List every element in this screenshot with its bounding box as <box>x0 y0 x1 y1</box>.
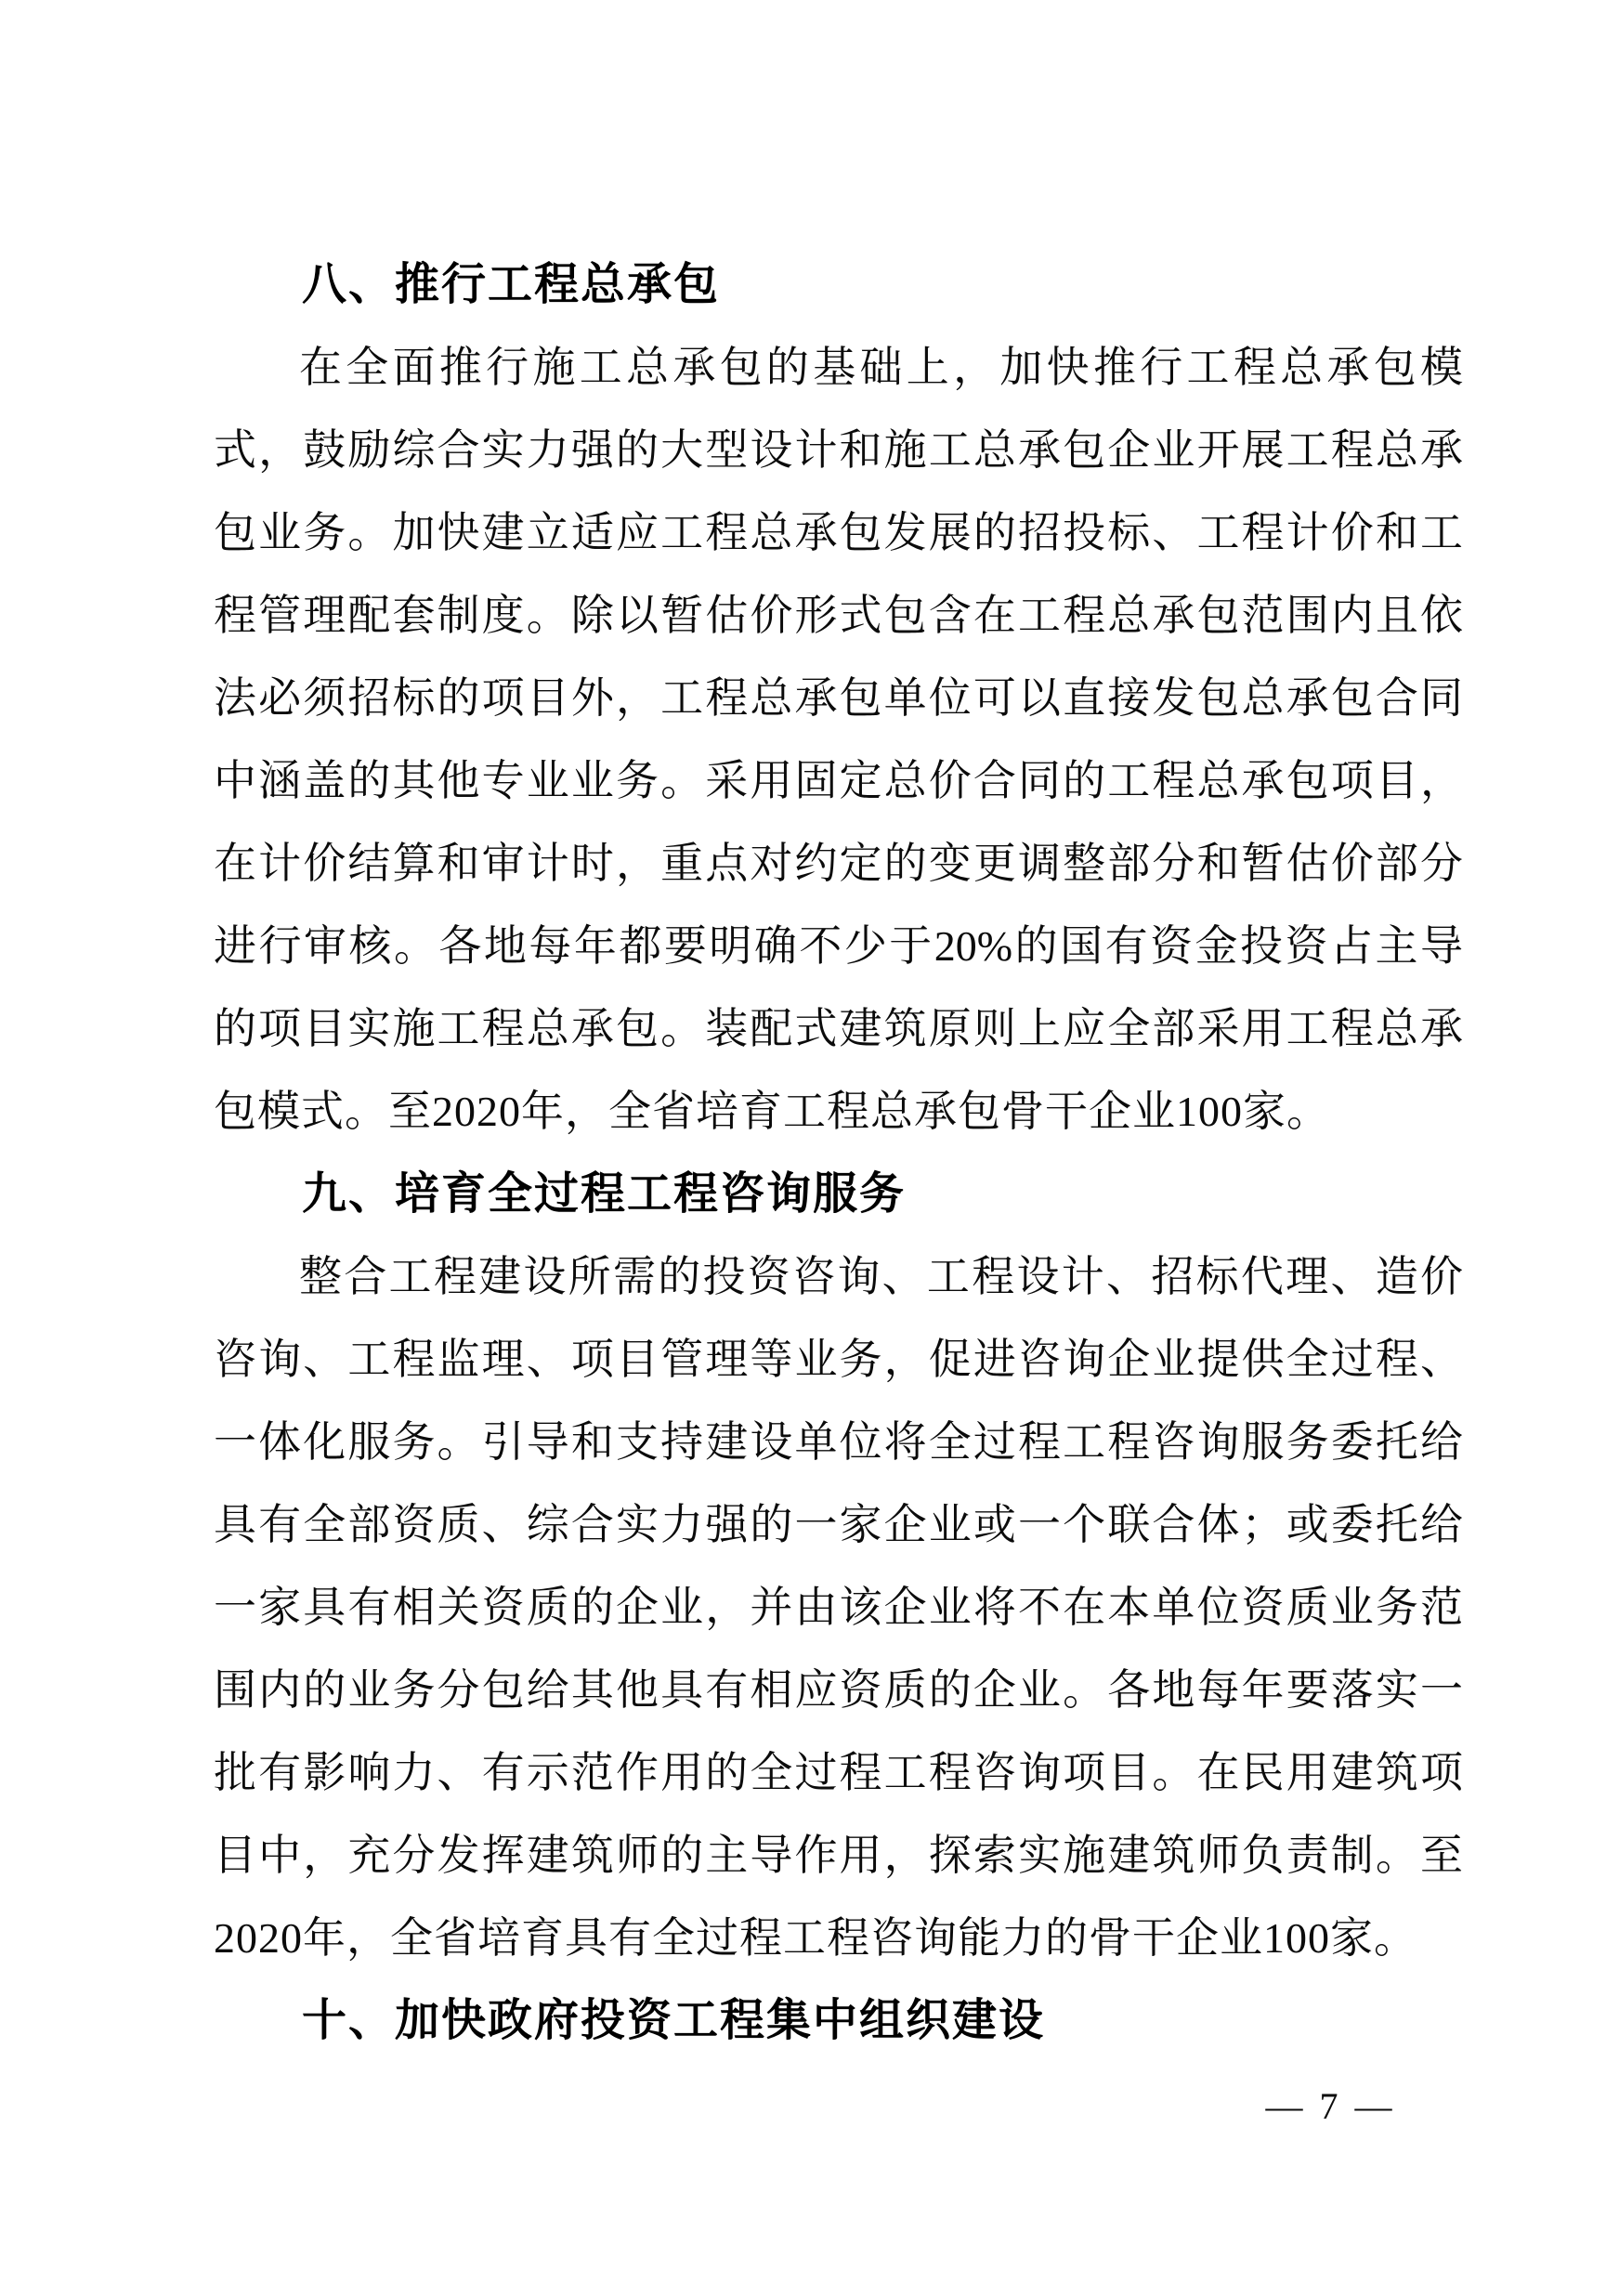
body-line: 一体化服务。引导和支持建设单位将全过程工程咨询服务委托给 <box>214 1401 1463 1483</box>
body-line: 的项目实施工程总承包。装配式建筑原则上应全部采用工程总承 <box>214 987 1463 1070</box>
body-line: 整合工程建设所需的投资咨询、工程设计、招标代理、造价 <box>214 1235 1463 1318</box>
body-line: 进行审核。各地每年都要明确不少于20%的国有资金投资占主导 <box>214 905 1463 987</box>
section-heading-8: 八、推行工程总承包 <box>214 243 1463 326</box>
body-line: 具有全部资质、综合实力强的一家企业或一个联合体；或委托给 <box>214 1483 1463 1566</box>
body-line: 在计价结算和审计时，重点对约定的变更调整部分和暂估价部分 <box>214 822 1463 905</box>
document-text-block: 八、推行工程总承包 在全面推行施工总承包的基础上，加快推行工程总承包模 式，鼓励… <box>214 243 1463 2062</box>
document-page: 八、推行工程总承包 在全面推行施工总承包的基础上，加快推行工程总承包模 式，鼓励… <box>0 0 1619 2296</box>
body-line: 式，鼓励综合实力强的大型设计和施工总承包企业开展工程总承 <box>214 409 1463 491</box>
body-line: 程管理配套制度。除以暂估价形式包含在工程总承包范围内且依 <box>214 574 1463 657</box>
body-line: 咨询、工程监理、项目管理等业务，促进咨询企业提供全过程、 <box>214 1318 1463 1401</box>
page-number: — 7 — <box>1245 2079 1417 2134</box>
section-heading-10: 十、加快政府投资工程集中组织建设 <box>214 1979 1463 2062</box>
body-line: 包模式。至2020年，全省培育工程总承包骨干企业100家。 <box>214 1070 1463 1153</box>
body-line: 围内的业务分包给其他具有相应资质的企业。各地每年要落实一 <box>214 1649 1463 1731</box>
body-line: 目中，充分发挥建筑师的主导作用，探索实施建筑师负责制。至 <box>214 1814 1463 1897</box>
body-line: 批有影响力、有示范作用的全过程工程咨询项目。在民用建筑项 <box>214 1731 1463 1814</box>
body-line: 包业务。加快建立适应工程总承包发展的招投标、工程计价和工 <box>214 491 1463 574</box>
body-line: 在全面推行施工总承包的基础上，加快推行工程总承包模 <box>214 326 1463 409</box>
body-line: 中涵盖的其他专业业务。采用固定总价合同的工程总承包项目， <box>214 739 1463 822</box>
section-heading-9: 九、培育全过程工程咨询服务 <box>214 1153 1463 1235</box>
body-line: 2020年，全省培育具有全过程工程咨询能力的骨干企业100家。 <box>214 1897 1463 1979</box>
body-line: 一家具有相关资质的企业，并由该企业将不在本单位资质业务范 <box>214 1566 1463 1649</box>
body-line: 法必须招标的项目外，工程总承包单位可以直接发包总承包合同 <box>214 657 1463 739</box>
